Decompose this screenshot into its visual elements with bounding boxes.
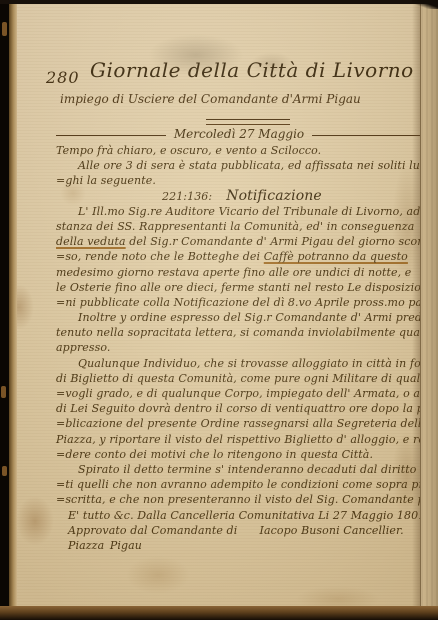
- manuscript-line: medesimo giorno restava aperte fino alle…: [56, 265, 428, 280]
- manuscript-line: tenuto nella sopracitata lettera, si com…: [56, 325, 428, 340]
- manuscript-line: della veduta del Sig.r Comandante d' Arm…: [56, 234, 428, 249]
- manuscript-line: L' Ill.mo Sig.re Auditore Vicario del Tr…: [56, 204, 428, 219]
- binding-fleck: [1, 386, 6, 398]
- manuscript-line: =blicazione del presente Ordine rassegna…: [56, 416, 428, 431]
- corner-shadow: [412, 0, 438, 9]
- manuscript-line: Piazza, y riportare il visto del rispett…: [56, 432, 428, 447]
- book-binding: [0, 0, 9, 620]
- section-title: Notificazione: [212, 188, 322, 204]
- manuscript-line: Tempo frà chiaro, e oscuro, e vento a Sc…: [56, 143, 428, 158]
- date-text: Mercoledì 27 Maggio: [174, 127, 304, 141]
- manuscript-line: =ni pubblicate colla Notificazione del d…: [56, 295, 428, 310]
- manuscript-line: Alle ore 3 di sera è stata pubblicata, e…: [56, 158, 428, 173]
- intro-paragraph: Tempo frà chiaro, e oscuro, e vento a Sc…: [56, 143, 428, 189]
- manuscript-line: =scritta, e che non presenteranno il vis…: [56, 492, 428, 507]
- fore-edge: [420, 0, 438, 620]
- paper-stain: [16, 496, 54, 546]
- paper-stain: [126, 556, 190, 594]
- manuscript-line: Approvato dal Comandante di Iacopo Buson…: [56, 523, 428, 538]
- manuscript-line: Inoltre y ordine espresso del Sig.r Coma…: [56, 310, 428, 325]
- section-heading: 221:136:Notificazione: [56, 189, 428, 204]
- manuscript-line: le Osterie fino alle ore dieci, ferme st…: [56, 280, 428, 295]
- manuscript-line: di Biglietto di questa Comunità, come pu…: [56, 371, 428, 386]
- manuscript-line: E' tutto &c. Dalla Cancelleria Comunitat…: [56, 508, 428, 523]
- manuscript-scan: 280 Giornale della Città di Livorno impi…: [0, 0, 438, 620]
- manuscript-line: appresso.: [56, 340, 428, 355]
- binding-fleck: [2, 466, 7, 476]
- manuscript-page: 280 Giornale della Città di Livorno impi…: [0, 0, 438, 620]
- manuscript-line: =vogli grado, e di qualunque Corpo, impi…: [56, 386, 428, 401]
- manuscript-line: =so, rende noto che le Botteghe dei Caff…: [56, 249, 428, 264]
- manuscript-line: =dere conto dei motivi che lo ritengono …: [56, 447, 428, 462]
- manuscript-line: =ghi la seguente.: [56, 173, 428, 188]
- journal-subtitle: impiego di Usciere del Comandante d'Armi…: [60, 92, 350, 106]
- page-number: 280: [46, 68, 80, 87]
- manuscript-line: di Lei Seguito dovrà dentro il corso di …: [56, 401, 428, 416]
- double-rule: [206, 119, 290, 125]
- rule-right: [312, 135, 422, 136]
- binding-fleck: [2, 22, 7, 36]
- date-heading: Mercoledì 27 Maggio: [56, 127, 422, 141]
- section-number: 221:136:: [162, 190, 212, 203]
- journal-title: Giornale della Città di Livorno: [90, 58, 370, 82]
- page-gutter: [9, 0, 17, 620]
- manuscript-body: Tempo frà chiaro, e oscuro, e vento a Sc…: [56, 143, 428, 553]
- bottom-edge: [0, 606, 438, 620]
- manuscript-line: Spirato il detto termine s' intenderanno…: [56, 462, 428, 477]
- manuscript-line: stanza dei SS. Rappresentanti la Comunit…: [56, 219, 428, 234]
- rule-left: [56, 135, 166, 136]
- manuscript-line: Piazza Pigau: [56, 538, 428, 553]
- manuscript-line: =ti quelli che non avranno adempito le c…: [56, 477, 428, 492]
- top-edge: [0, 0, 438, 4]
- manuscript-line: Qualunque Individuo, che si trovasse all…: [56, 356, 428, 371]
- notification-text: L' Ill.mo Sig.re Auditore Vicario del Tr…: [56, 204, 428, 553]
